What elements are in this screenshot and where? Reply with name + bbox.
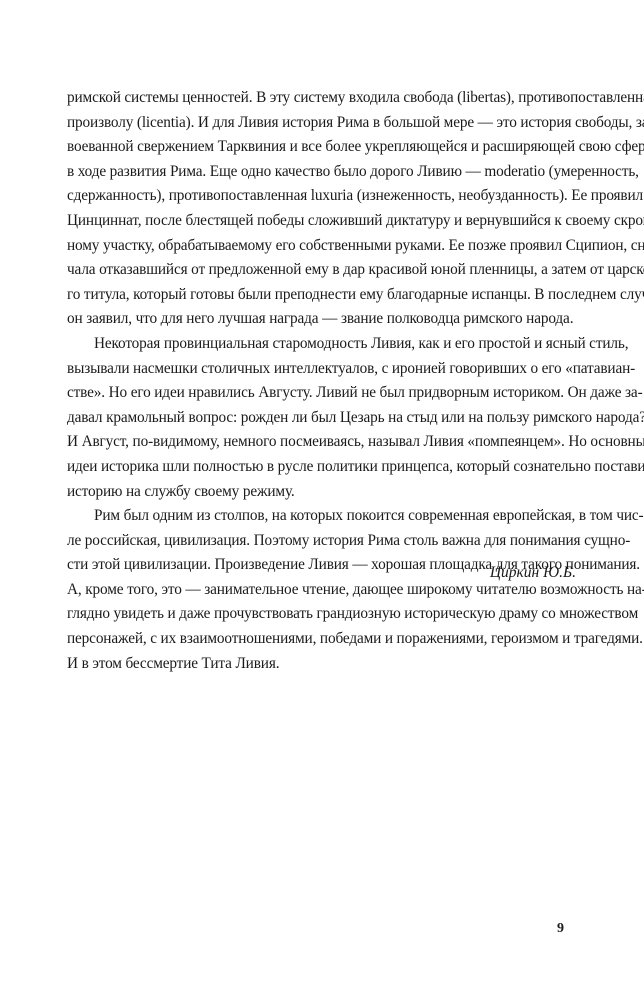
text-line: И Август, по-видимому, немного посмеивая… xyxy=(67,430,576,455)
text-line: го титула, который готовы были преподнес… xyxy=(67,283,576,308)
paragraph-2: Некоторая провинциальная старомодность Л… xyxy=(67,332,576,504)
text-line: чала отказавшийся от предложенной ему в … xyxy=(67,258,576,283)
text-line: идеи историка шли полностью в русле поли… xyxy=(67,455,576,480)
text-line: ле российская, цивилизация. Поэтому исто… xyxy=(67,529,576,554)
text-line: Рим был одним из столпов, на которых пок… xyxy=(67,504,576,529)
text-line: историю на службу своему режиму. xyxy=(67,480,576,505)
text-line: Некоторая провинциальная старомодность Л… xyxy=(67,332,576,357)
text-line: воеванной свержением Тарквиния и все бол… xyxy=(67,135,576,160)
text-line: Цинциннат, после блестящей победы сложив… xyxy=(67,209,576,234)
text-line: произволу (licentia). И для Ливия истори… xyxy=(67,111,576,136)
document-body: римской системы ценностей. В эту систему… xyxy=(67,86,576,676)
text-line: ному участку, обрабатываемому его собств… xyxy=(67,234,576,259)
text-line: И в этом бессмертие Тита Ливия. xyxy=(67,652,576,677)
text-line: он заявил, что для него лучшая награда —… xyxy=(67,307,576,332)
text-line: давал крамольный вопрос: рожден ли был Ц… xyxy=(67,406,576,431)
text-line: вызывали насмешки столичных интеллектуал… xyxy=(67,357,576,382)
text-line: персонажей, с их взаимоотношениями, побе… xyxy=(67,627,576,652)
text-line: стве». Но его идеи нравились Августу. Ли… xyxy=(67,381,576,406)
author-signature: Циркин Ю.Б. xyxy=(490,563,576,583)
text-line: римской системы ценностей. В эту систему… xyxy=(67,86,576,111)
text-line: в ходе развития Рима. Еще одно качество … xyxy=(67,160,576,185)
text-line: сдержанность), противопоставленная luxur… xyxy=(67,184,576,209)
paragraph-1: римской системы ценностей. В эту систему… xyxy=(67,86,576,332)
page-number: 9 xyxy=(557,921,564,937)
paragraph-3: Рим был одним из столпов, на которых пок… xyxy=(67,504,576,676)
text-line: глядно увидеть и даже прочувствовать гра… xyxy=(67,602,576,627)
